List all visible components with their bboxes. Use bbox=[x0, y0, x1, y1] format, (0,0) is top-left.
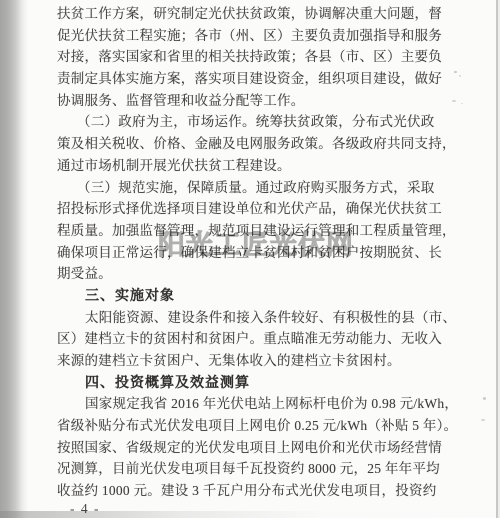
scanned-document-page: 扶贫工作方案，研究制定光伏扶贫政策，协调解决重大问题，督 促光伏扶贫工程实施；各… bbox=[0, 0, 500, 518]
text-line: 扶贫工作方案，研究制定光伏扶贫政策，协调解决重大问题，督 bbox=[57, 3, 427, 25]
text-line: （二）政府为主，市场运作。统筹扶贫政策，分布式光伏政 bbox=[57, 111, 427, 133]
text-line: 况测算，目前光伏发电项目每千瓦投资约 8000 元，25 年年平均 bbox=[57, 458, 427, 480]
text-line: 按照国家、省级规定的光伏发电项目上网电价和光伏市场经营情 bbox=[57, 437, 427, 459]
scan-speck bbox=[481, 419, 485, 421]
text-line: 促光伏扶贫工程实施；各市（州、区）主要负责加强指导和服务 bbox=[57, 25, 427, 47]
text-line: 省级补贴分布式光伏发电项目上网电价 0.25 元/kWh（补贴 5 年）。 bbox=[57, 415, 427, 437]
page-number: - 4 - bbox=[70, 501, 100, 517]
section-heading-3: 三、实施对象 bbox=[57, 285, 427, 307]
text-line: 通过市场机制开展光伏扶贫工程建设。 bbox=[57, 155, 427, 177]
text-line: 区）建档立卡的贫困村和贫困户。重点瞄准无劳动能力、无收入 bbox=[57, 328, 427, 350]
text-line: 对接，落实国家和省里的相关扶持政策；各县（市、区）主要负 bbox=[57, 46, 427, 68]
text-line: 策及相关税收、价格、金融及电网服务政策。各级政府共同支持， bbox=[57, 133, 427, 155]
text-line: 期受益。 bbox=[57, 263, 427, 285]
text-line: 太阳能资源、建设条件和接入条件较好、有积极性的县（市、 bbox=[57, 307, 427, 329]
text-line: （三）规范实施，保障质量。通过政府购买服务方式，采取 bbox=[57, 177, 427, 199]
scan-left-edge-shadow bbox=[0, 0, 28, 518]
section-heading-4: 四、投资概算及效益测算 bbox=[57, 372, 427, 394]
site-watermark: 阳光工匠光伏网 bbox=[158, 223, 354, 262]
scan-speck bbox=[483, 397, 486, 400]
scan-speck bbox=[454, 71, 457, 73]
text-line: 国家规定我省 2016 年光伏电站上网标杆电价为 0.98 元/kWh， bbox=[57, 393, 427, 415]
scan-speck bbox=[452, 100, 456, 102]
text-line: 责制定具体实施方案，落实项目建设资金，组织项目建设，做好 bbox=[57, 68, 427, 90]
text-line: 来源的建档立卡贫困户、无集体收入的建档立卡贫困村。 bbox=[57, 350, 427, 372]
scan-speck bbox=[459, 75, 461, 77]
text-line: 协调服务、监督管理和收益分配等工作。 bbox=[57, 90, 427, 112]
text-line: 招投标形式择优选择项目建设单位和光伏产品，确保光伏扶贫工 bbox=[57, 198, 427, 220]
scan-speck bbox=[461, 103, 463, 104]
text-line: 收益约 1000 元。建设 3 千瓦户用分布式光伏发电项目，投资约 bbox=[57, 480, 427, 502]
